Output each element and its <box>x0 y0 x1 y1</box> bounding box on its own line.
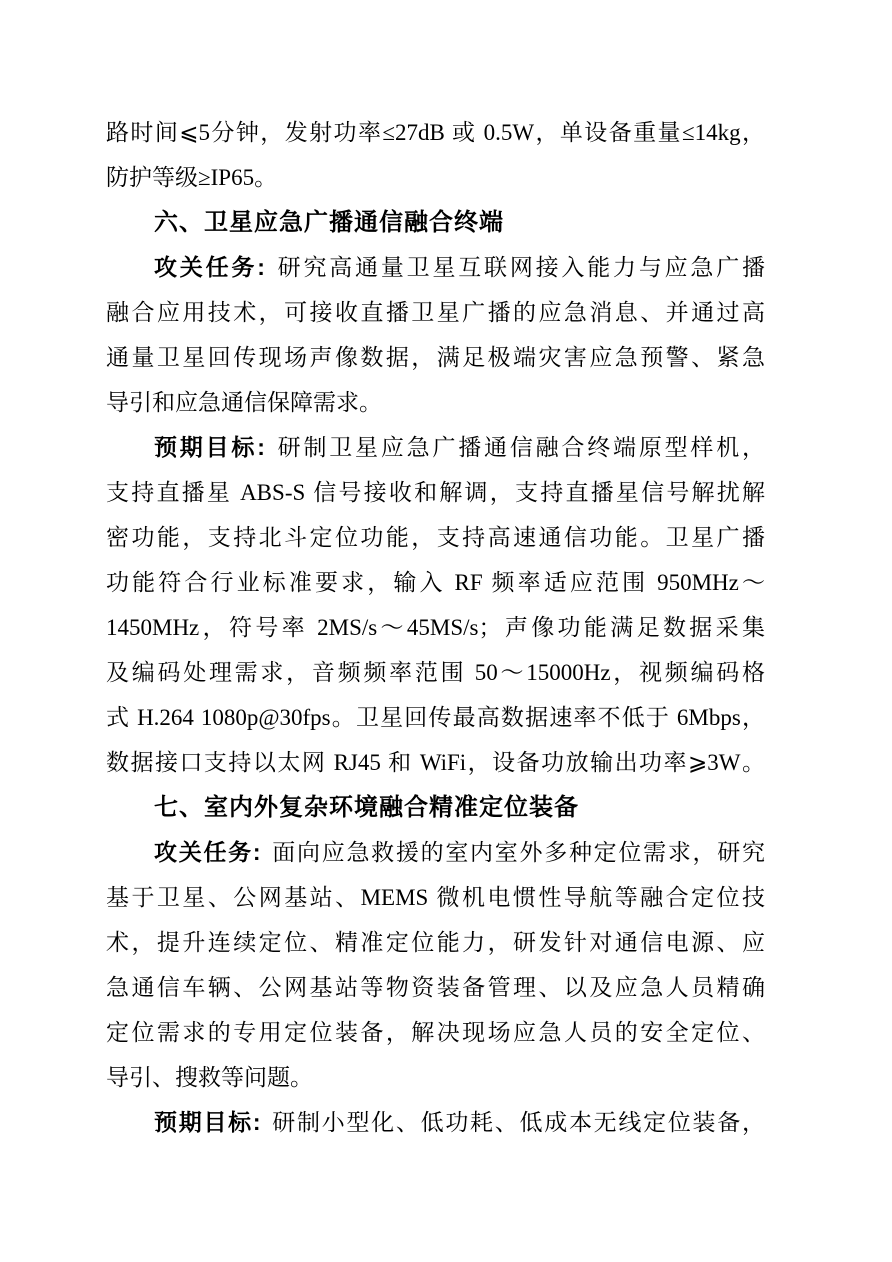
body-text-line: 攻关任务:研究高通量卫星互联网接入能力与应急广播 <box>106 245 765 290</box>
goal-label: 预期目标: <box>154 434 265 460</box>
body-text-line: 预期目标:研制小型化、低功耗、低成本无线定位装备， <box>106 1100 765 1145</box>
goal-first-line-text: 研制卫星应急广播通信融合终端原型样机， <box>275 435 765 460</box>
body-text-line: 导引和应急通信保障需求。 <box>106 380 765 425</box>
body-text-line: 攻关任务:面向应急救援的室内室外多种定位需求，研究 <box>106 830 765 875</box>
body-text-line: 定位需求的专用定位装备，解决现场应急人员的安全定位、 <box>106 1010 765 1055</box>
document-page: 路时间⩽5分钟，发射功率≤27dB 或 0.5W，单设备重量≤14kg， 防护等… <box>0 0 892 1262</box>
body-text-line: 急通信车辆、公网基站等物资装备管理、以及应急人员精确 <box>106 965 765 1010</box>
body-text-line: 通量卫星回传现场声像数据，满足极端灾害应急预警、紧急 <box>106 335 765 380</box>
body-text-line: 支持直播星 ABS-S 信号接收和解调，支持直播星信号解扰解 <box>106 470 765 515</box>
body-text-line: 路时间⩽5分钟，发射功率≤27dB 或 0.5W，单设备重量≤14kg， <box>106 110 765 155</box>
body-text-line: 功能符合行业标准要求，输入 RF 频率适应范围 950MHz～ <box>106 560 765 605</box>
body-text-line: 融合应用技术，可接收直播卫星广播的应急消息、并通过高 <box>106 290 765 335</box>
task-first-line-text: 面向应急救援的室内室外多种定位需求，研究 <box>271 840 765 865</box>
body-text-line: 基于卫星、公网基站、MEMS 微机电惯性导航等融合定位技 <box>106 875 765 920</box>
goal-label: 预期目标: <box>154 1109 261 1135</box>
body-text-line: 预期目标:研制卫星应急广播通信融合终端原型样机， <box>106 425 765 470</box>
section-6-heading: 六、卫星应急广播通信融合终端 <box>106 200 765 245</box>
body-text-line: 式 H.264 1080p@30fps。卫星回传最高数据速率不低于 6Mbps， <box>106 695 765 740</box>
body-text-line: 术，提升连续定位、精准定位能力，研发针对通信电源、应 <box>106 920 765 965</box>
body-text-line: 数据接口支持以太网 RJ45 和 WiFi，设备功放输出功率⩾3W。 <box>106 740 765 785</box>
task-label: 攻关任务: <box>154 254 265 280</box>
body-text-line: 防护等级≥IP65。 <box>106 155 765 200</box>
body-text-line: 1450MHz，符号率 2MS/s～45MS/s；声像功能满足数据采集 <box>106 605 765 650</box>
task-first-line-text: 研究高通量卫星互联网接入能力与应急广播 <box>275 255 765 280</box>
body-text-line: 及编码处理需求，音频频率范围 50～15000Hz，视频编码格 <box>106 650 765 695</box>
body-text-line: 导引、搜救等问题。 <box>106 1055 765 1100</box>
section-7-heading: 七、室内外复杂环境融合精准定位装备 <box>106 785 765 830</box>
body-text-line: 密功能，支持北斗定位功能，支持高速通信功能。卫星广播 <box>106 515 765 560</box>
task-label: 攻关任务: <box>154 839 261 865</box>
goal-first-line-text: 研制小型化、低功耗、低成本无线定位装备， <box>271 1110 765 1135</box>
